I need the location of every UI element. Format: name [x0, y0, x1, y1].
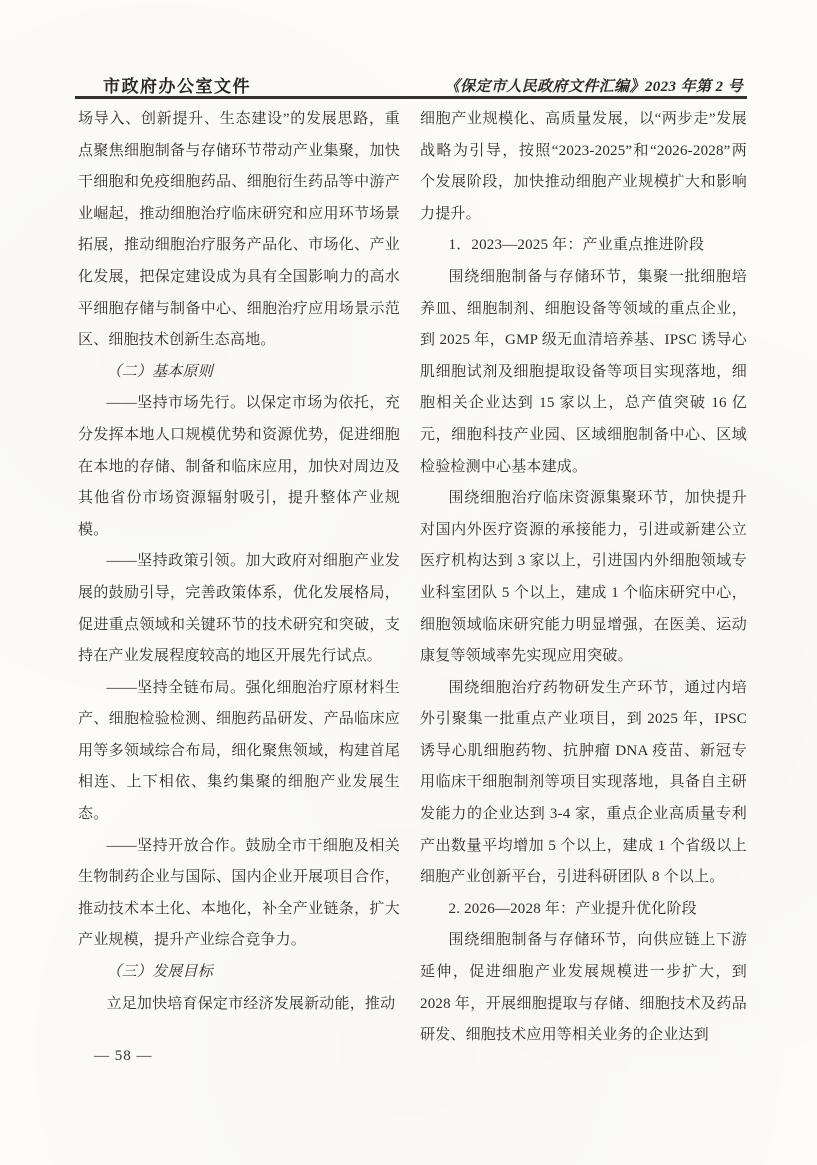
paragraph-open-cooperation: ——坚持开放合作。鼓励全市干细胞及相关生物制药企业与国际、国内企业开展项目合作，…	[78, 831, 400, 957]
document-page: 市政府办公室文件 《保定市人民政府文件汇编》2023 年第 2 号 场导入、创新…	[0, 0, 817, 1165]
header-left-title: 市政府办公室文件	[103, 72, 251, 97]
paragraph-clinical-resources: 围绕细胞治疗临床资源集聚环节，加快提升对国内外医疗资源的承接能力，引进或新建公立…	[420, 483, 747, 673]
paragraph-market-first: ——坚持市场先行。以保定市场为依托，充分发挥本地人口规模优势和资源优势，促进细胞…	[78, 388, 400, 546]
paragraph-drug-development: 围绕细胞治疗药物研发生产环节，通过内培外引聚集一批重点产业项目，到 2025 年…	[420, 673, 747, 894]
left-column: 场导入、创新提升、生态建设”的发展思路，重点聚焦细胞制备与存储环节带动产业集聚，…	[78, 104, 400, 1020]
header-rule	[75, 96, 747, 99]
paragraph-policy-guidance: ——坚持政策引领。加大政府对细胞产业发展的鼓励引导，完善政策体系，优化发展格局，…	[78, 546, 400, 672]
paragraph-supply-chain-extension: 围绕细胞制备与存储环节，向供应链上下游延伸，促进细胞产业发展规模进一步扩大，到 …	[420, 925, 747, 1051]
page-number: — 58 —	[94, 1048, 153, 1065]
paragraph-continuation: 细胞产业规模化、高质量发展，以“两步走”发展战略为引导，按照“2023-2025…	[420, 104, 747, 230]
stage-heading-2026-2028: 2. 2026—2028 年：产业提升优化阶段	[420, 894, 747, 926]
header-right-title: 《保定市人民政府文件汇编》2023 年第 2 号	[445, 75, 743, 96]
section-heading-development-goals: （三）发展目标	[78, 957, 400, 989]
paragraph-full-chain-layout: ——坚持全链布局。强化细胞治疗原材料生产、细胞检验检测、细胞药品研发、产品临床应…	[78, 673, 400, 831]
stage-heading-2023-2025: 1．2023—2025 年：产业重点推进阶段	[420, 230, 747, 262]
paragraph-goal-intro: 立足加快培育保定市经济发展新动能，推动	[78, 989, 400, 1021]
section-heading-basic-principles: （二）基本原则	[78, 357, 400, 389]
paragraph-continuation: 场导入、创新提升、生态建设”的发展思路，重点聚焦细胞制备与存储环节带动产业集聚，…	[78, 104, 400, 357]
right-column: 细胞产业规模化、高质量发展，以“两步走”发展战略为引导，按照“2023-2025…	[420, 104, 747, 1052]
paragraph-cell-preparation-storage: 围绕细胞制备与存储环节，集聚一批细胞培养皿、细胞制剂、细胞设备等领域的重点企业，…	[420, 262, 747, 483]
